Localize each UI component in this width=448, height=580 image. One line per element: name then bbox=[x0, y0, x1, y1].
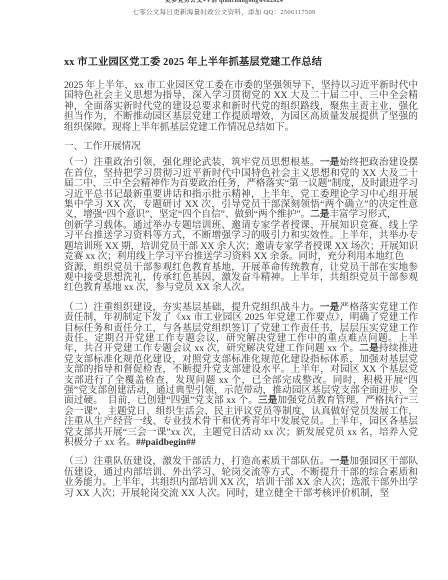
paragraph: （三）注重队伍建设，激发干部活力，打造高素质干部队伍。一是加强园区干部队伍建设，… bbox=[64, 457, 418, 499]
text-segment: 丰富学习形式， 创新学习载体。通过举办专题培训班、邀请专家学者授课、开展知识竞赛… bbox=[64, 209, 418, 293]
bold-marker: 二是 bbox=[359, 343, 379, 354]
paragraph: 2025 年上半年，xx 市工业园区党工委在市委的坚强领导下，坚持以习近平新时代… bbox=[64, 81, 418, 133]
section-heading: 一、工作开展情况 bbox=[64, 142, 418, 152]
watermark-line-2: 七零公文每日更新海量时政公文资料，添加 QQ：2506117509 bbox=[0, 9, 448, 17]
bold-marker: 一是 bbox=[330, 456, 350, 467]
bold-marker: 一是 bbox=[320, 157, 340, 168]
text-segment: 一、工作开展情况 bbox=[64, 141, 141, 152]
document-body: 2025 年上半年，xx 市工业园区党工委在市委的坚强领导下，坚持以习近平新时代… bbox=[64, 81, 418, 499]
bold-marker: 二是 bbox=[310, 209, 329, 220]
text-segment: （一）注重政治引领，强化理论武装，筑牢党员思想根基。 bbox=[64, 157, 320, 168]
document-title: xx 市工业园区党工委 2025 年上半年抓基层党建工作总结 bbox=[64, 56, 418, 69]
document-content: xx 市工业园区党工委 2025 年上半年抓基层党建工作总结 2025 年上半年… bbox=[64, 56, 418, 508]
text-segment: 2025 年上半年，xx 市工业园区党工委在市委的坚强领导下，坚持以习近平新时代… bbox=[64, 80, 418, 133]
bold-marker: ##paidbegin## bbox=[136, 437, 196, 448]
text-segment: （三）注重队伍建设，激发干部活力，打造高素质干部队伍。 bbox=[64, 456, 330, 467]
paragraph: （一）注重政治引领，强化理论武装，筑牢党员思想根基。一是始终把政治建设摆在首位，… bbox=[64, 158, 418, 293]
document-page: 更多党务公文+V信 qianchangongwen2024 七零公文每日更新海量… bbox=[0, 0, 448, 580]
paragraph: （二）注重组织建设，夯实基层基础，提升党组织战斗力。一是严格落实党建工作责任制，… bbox=[64, 303, 418, 449]
bold-marker: 三是 bbox=[258, 395, 277, 406]
watermark-line-1: 更多党务公文+V信 qianchangongwen2024 bbox=[0, 0, 448, 5]
